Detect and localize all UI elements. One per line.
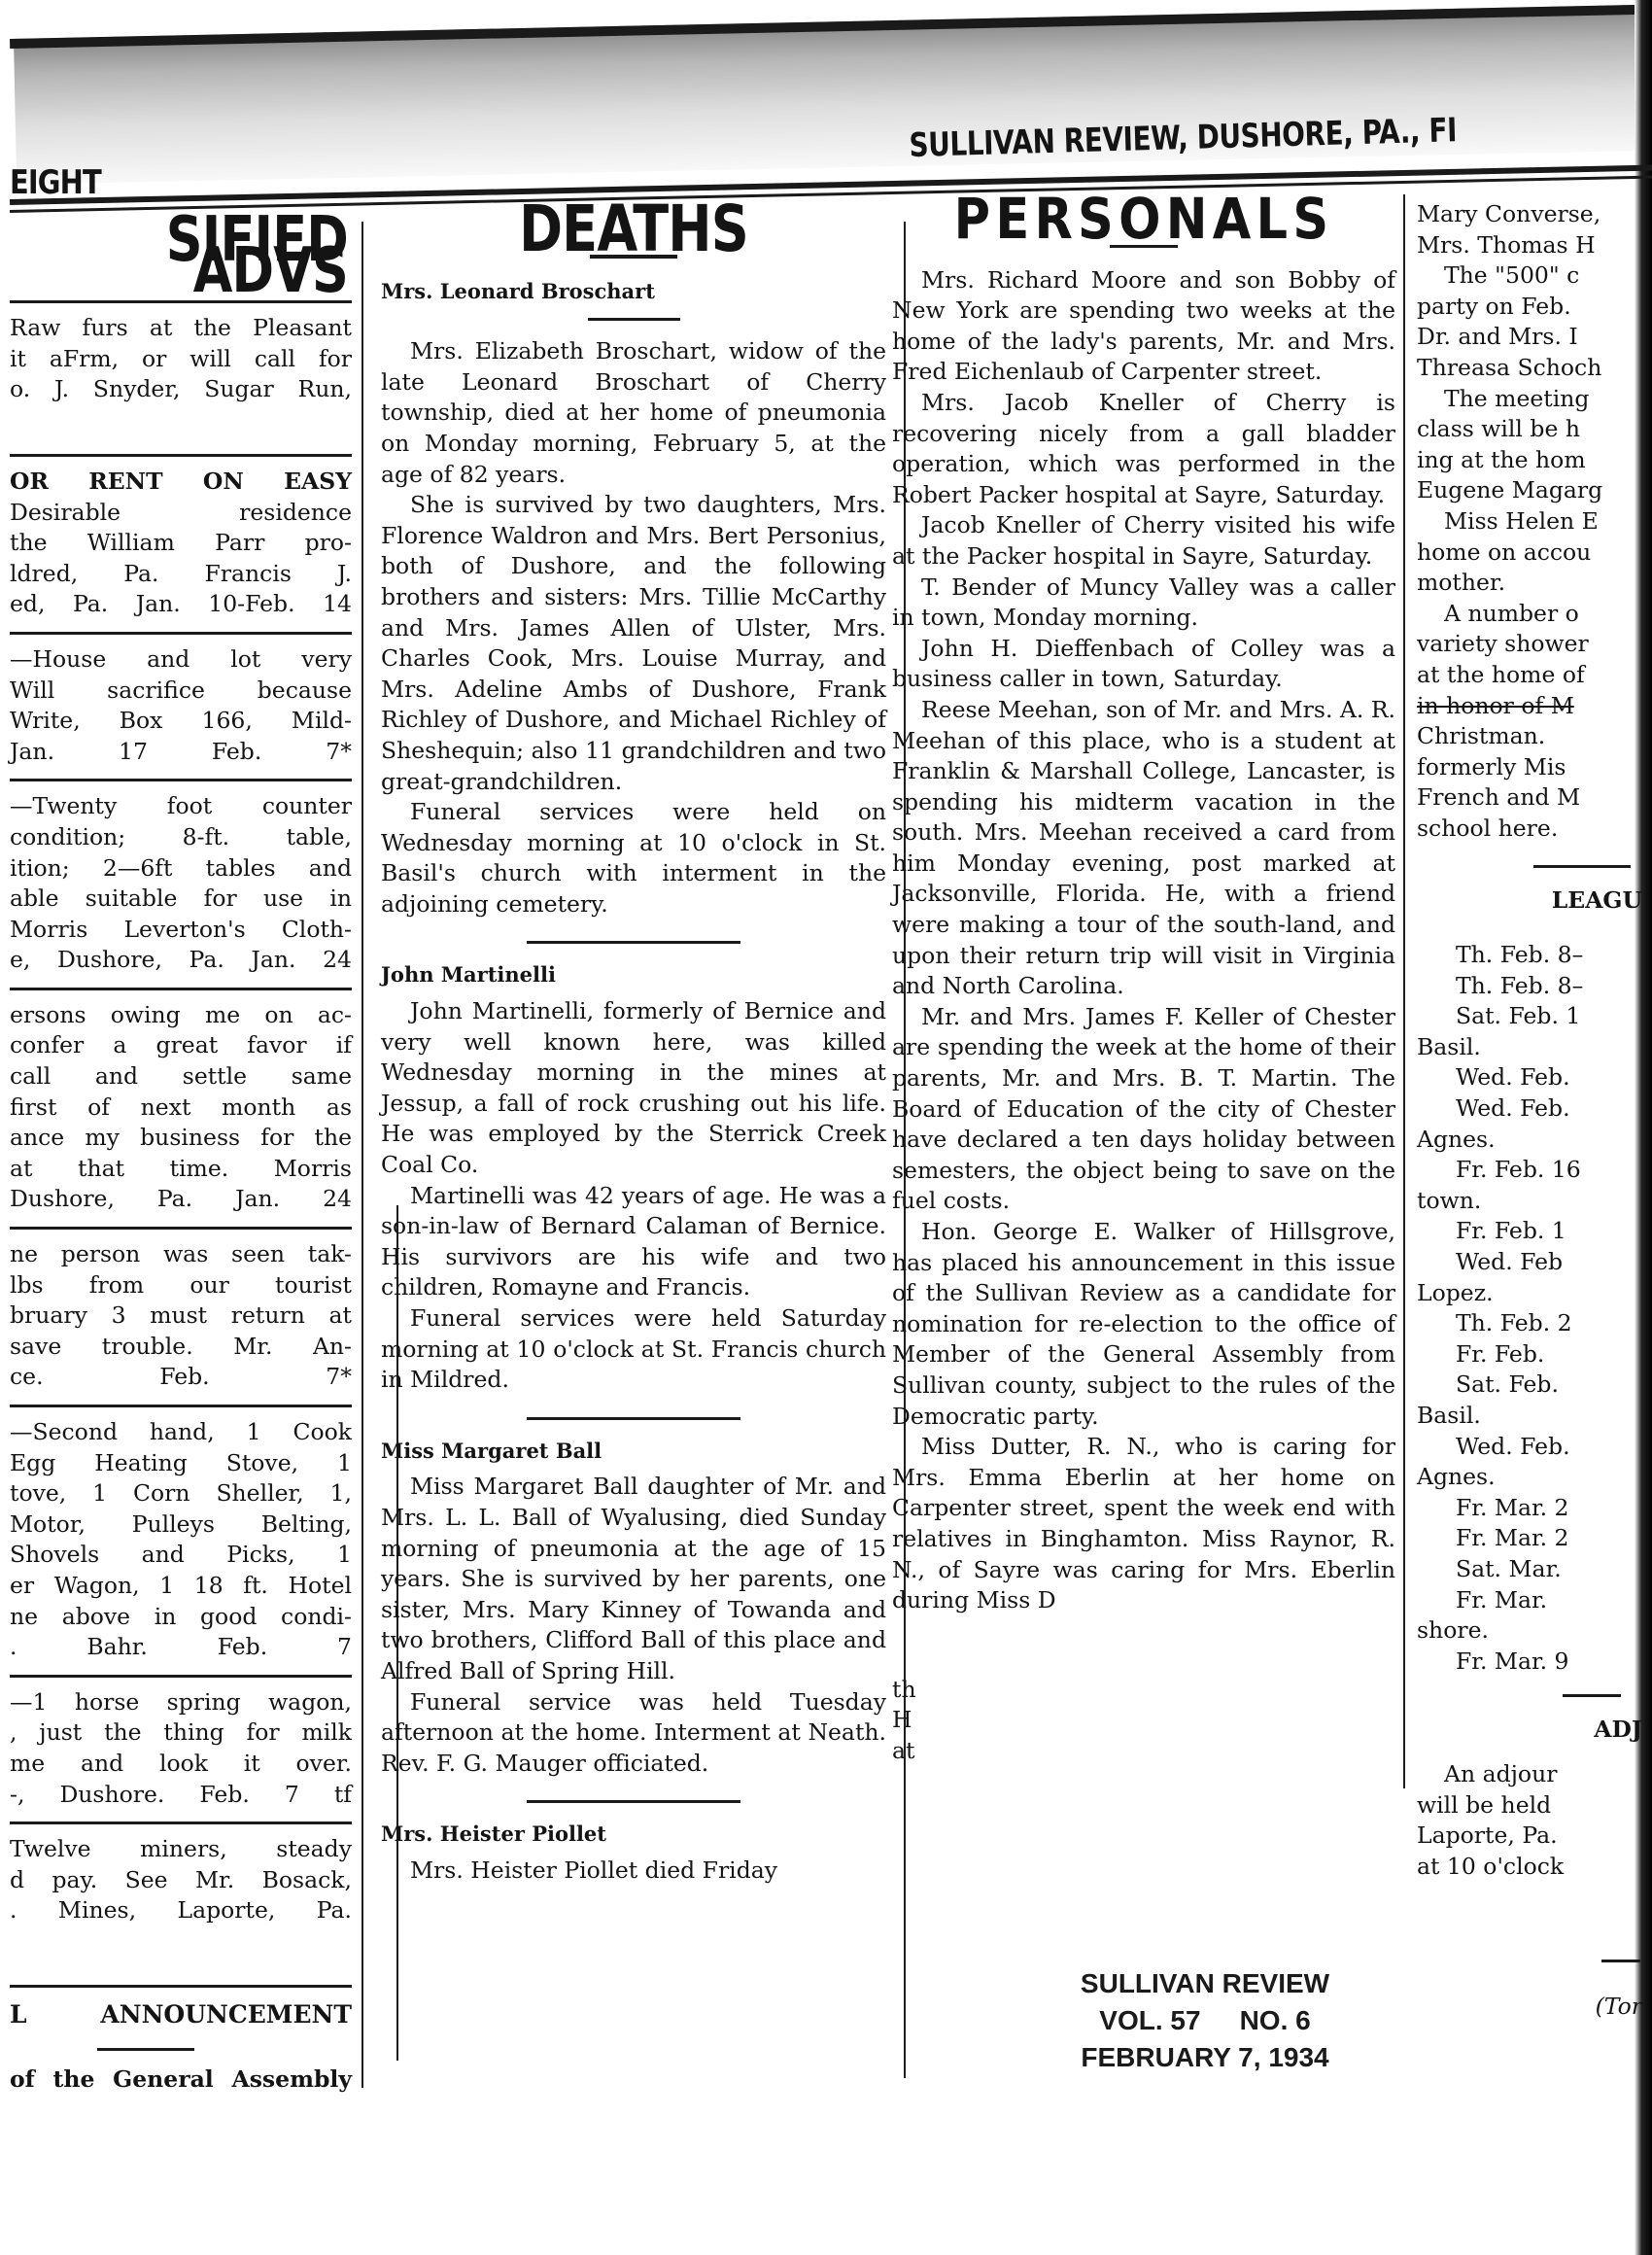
ad-divider [10,1405,352,1407]
league-line: Wed. Feb. [1417,1093,1652,1125]
personal-item: Jacob Kneller of Cherry visited his wife… [892,510,1395,572]
social-line: Christman. [1417,721,1652,752]
ad-line: Write, Box 166, Mild- [10,706,352,737]
ad-divider [10,632,352,635]
league-line: Fr. Feb. [1417,1339,1652,1370]
social-line: mother. [1417,568,1652,599]
column-divider [361,222,363,2088]
obituary-paragraph: Martinelli was 42 years of age. He was a… [381,1181,886,1303]
league-line: Wed. Feb [1417,1247,1652,1278]
league-line: Agnes. [1417,1462,1652,1493]
league-line: Wed. Feb. [1417,1432,1652,1463]
classified-ads-list: Raw furs at the Pleasantit aFrm, or will… [10,300,352,1926]
social-line: Eugene Magarg [1417,475,1652,506]
ad-line: call and settle same [10,1061,352,1093]
scan-shading [14,5,1652,185]
ad-line: save trouble. Mr. An- [10,1332,352,1363]
league-line: Wed. Feb. [1417,1062,1652,1093]
social-line: ing at the hom [1417,445,1652,476]
ad-line: Shovels and Picks, 1 [10,1540,352,1571]
ad-line: o. J. Snyder, Sugar Run, [10,374,352,405]
league-line: Th. Feb. 8– [1417,971,1652,1002]
caption-volume-row: VOL. 57NO. 6 [1050,2002,1360,2039]
social-line: party on Feb. [1417,292,1652,323]
ad-line: ed, Pa. Jan. 10-Feb. 14 [10,589,352,620]
overflow-fragment: th [892,1675,1395,1706]
announcement-rule [97,2048,194,2051]
obituary-heading: Mrs. Heister Piollet [381,1819,886,1850]
ad-line: ition; 2—6ft tables and [10,853,352,885]
ad-line: tove, 1 Corn Sheller, 1, [10,1478,352,1509]
obituary-paragraph: Funeral services were held Saturday morn… [381,1303,886,1396]
social-line: at the home of [1417,660,1652,691]
page-number: EIGHT [10,163,101,202]
social-line: class will be h [1417,414,1652,445]
ad-line: e, Dushore, Pa. Jan. 24 [10,945,352,976]
league-line: Fr. Mar. 2 [1417,1493,1652,1524]
classified-ad: OR RENT ON EASYDesirable residencethe Wi… [10,467,352,620]
social-line: A number o [1417,599,1652,630]
ad-divider [10,454,352,457]
ad-line: first of next month as [10,1093,352,1124]
league-line: Fr. Mar. 9 [1417,1647,1652,1678]
social-line: Mary Converse, [1417,199,1652,230]
ad-divider [10,1227,352,1230]
social-line: Threasa Schoch [1417,353,1652,384]
personal-item: Mrs. Jacob Kneller of Cherry is recoveri… [892,388,1395,510]
social-line: home on accou [1417,538,1652,569]
adj-line: at 10 o'clock [1417,1852,1652,1883]
obituary-paragraph: Miss Margaret Ball daughter of Mr. and M… [381,1472,886,1686]
social-line: variety shower [1417,629,1652,660]
obituary-divider [527,1800,740,1803]
ad-line: at that time. Morris [10,1154,352,1185]
personals-list: Mrs. Richard Moore and son Bobby of New … [892,265,1395,1616]
personal-item: Mrs. Richard Moore and son Bobby of New … [892,265,1395,388]
league-line: shore. [1417,1615,1652,1647]
obituary-divider [527,1417,740,1420]
classified-ad: ne person was seen tak-lbs from our tour… [10,1239,352,1393]
ad-line: ersons owing me on ac- [10,1000,352,1031]
obituary-paragraph: She is survived by two daughters, Mrs. F… [381,490,886,797]
ad-line: Egg Heating Stove, 1 [10,1448,352,1479]
ad-line: —House and lot very [10,644,352,676]
ad-line: OR RENT ON EASY [10,467,352,498]
ad-line: it aFrm, or will call for [10,344,352,375]
ad-line: ldred, Pa. Francis J. [10,559,352,590]
caption-volume: VOL. 57 [1099,2002,1200,2039]
obituary-subrule [588,318,680,321]
adj-line: will be held [1417,1790,1652,1821]
obituaries-list: Mrs. Leonard BroschartMrs. Elizabeth Bro… [381,276,886,1887]
social-line: in honor of M [1417,691,1652,722]
ad-line: Jan. 17 Feb. 7* [10,737,352,768]
ad-line: d pay. See Mr. Bosack, [10,1865,352,1896]
ad-line: Twelve miners, steady [10,1834,352,1865]
issue-caption: SULLIVAN REVIEW VOL. 57NO. 6 FEBRUARY 7,… [1050,1965,1360,2076]
league-line: Fr. Feb. 16 [1417,1155,1652,1186]
personal-item: John H. Dieffenbach of Colley was a busi… [892,634,1395,695]
section-title-deaths: DEATHS [427,214,841,245]
ad-line: able suitable for use in [10,884,352,915]
league-line: Basil. [1417,1032,1652,1063]
league-line: Th. Feb. 8– [1417,940,1652,971]
ad-line: Desirable residence [10,498,352,529]
obituary-divider [527,941,740,944]
ad-line: Will sacrifice because [10,676,352,707]
obituary-paragraph: Mrs. Heister Piollet died Friday [381,1856,886,1887]
classified-ad: —1 horse spring wagon,, just the thing f… [10,1687,352,1810]
obituary-paragraph: John Martinelli, formerly of Bernice and… [381,996,886,1181]
section-title-classified: SIFIED ADVS [71,225,348,287]
league-line: town. [1417,1186,1652,1217]
deaths-column: DEATHS Mrs. Leonard BroschartMrs. Elizab… [381,214,886,1887]
social-line: Dr. and Mrs. I [1417,322,1652,353]
league-line: Fr. Mar. 2 [1417,1523,1652,1554]
ad-line: ne above in good condi- [10,1602,352,1633]
ad-line: Motor, Pulleys Belting, [10,1509,352,1541]
league-line: Sat. Feb. [1417,1370,1652,1401]
league-schedule: Th. Feb. 8–Th. Feb. 8–Sat. Feb. 1Basil.W… [1417,940,1652,1677]
ad-divider [10,1675,352,1678]
ad-line: Raw furs at the Pleasant [10,313,352,344]
announcement-title: L ANNOUNCEMENT [10,1999,352,2030]
social-notes: Mary Converse,Mrs. Thomas HThe "500" cpa… [1417,199,1652,844]
ad-divider [10,1821,352,1824]
league-line: Basil. [1417,1401,1652,1432]
ad-line: ance my business for the [10,1123,352,1154]
personal-item: Mr. and Mrs. James F. Keller of Chester … [892,1002,1395,1217]
social-line: Miss Helen E [1417,506,1652,538]
classified-ad: Raw furs at the Pleasantit aFrm, or will… [10,313,352,405]
caption-date: FEBRUARY 7, 1934 [1050,2039,1360,2076]
caption-publication: SULLIVAN REVIEW [1050,1965,1360,2002]
social-line: formerly Mis [1417,752,1652,783]
ad-line: Dushore, Pa. Jan. 24 [10,1184,352,1215]
ad-line: the William Parr pro- [10,528,352,559]
obituary-paragraph: Mrs. Elizabeth Broschart, widow of the l… [381,336,886,490]
classified-ad: ersons owing me on ac-confer a great fav… [10,1000,352,1215]
league-line: Agnes. [1417,1125,1652,1156]
ad-line: ce. Feb. 7* [10,1362,352,1393]
caption-number: NO. 6 [1240,2002,1311,2039]
overflow-fragment: H [892,1705,1395,1736]
personal-item: T. Bender of Muncy Valley was a caller i… [892,572,1395,634]
league-rule [1533,865,1631,868]
adj-title: ADJ [1417,1715,1652,1746]
obituary-paragraph: Funeral services were held on Wednesday … [381,797,886,919]
ad-line: ne person was seen tak- [10,1239,352,1270]
column-divider [1403,194,1405,1788]
section-title-personals: PERSONALS [922,204,1365,235]
classified-ad: —Second hand, 1 CookEgg Heating Stove, 1… [10,1417,352,1663]
obituary-paragraph: Funeral service was held Tuesday afterno… [381,1687,886,1780]
obituary-heading: John Martinelli [381,959,886,990]
adjournment-notice: An adjourwill be heldLaporte, Pa.at 10 o… [1417,1759,1652,1882]
classified-ad: Twelve miners, steadyd pay. See Mr. Bosa… [10,1834,352,1926]
personal-item: Hon. George E. Walker of Hillsgrove, has… [892,1217,1395,1432]
personals-overflow: thHat [892,1675,1395,1767]
personals-column: PERSONALS Mrs. Richard Moore and son Bob… [892,204,1395,1767]
ad-divider [10,1985,352,1988]
overflow-fragment: at [892,1736,1395,1767]
ad-line: . Bahr. Feb. 7 [10,1632,352,1663]
social-line: Mrs. Thomas H [1417,230,1652,261]
classified-column: SIFIED ADVS Raw furs at the Pleasantit a… [10,225,352,2095]
league-line: Fr. Mar. [1417,1585,1652,1616]
adj-line: Laporte, Pa. [1417,1821,1652,1852]
adj-rule [1563,1694,1621,1697]
ad-line: -, Dushore. Feb. 7 tf [10,1780,352,1811]
ad-line: , just the thing for milk [10,1717,352,1749]
league-line: Th. Feb. 2 [1417,1308,1652,1339]
ad-line: me and look it over. [10,1749,352,1780]
obituary-heading: Mrs. Leonard Broschart [381,276,886,307]
ad-line: er Wagon, 1 18 ft. Hotel [10,1571,352,1602]
league-line: Sat. Mar. [1417,1554,1652,1585]
adj-line: An adjour [1417,1759,1652,1790]
newspaper-page: EIGHT SULLIVAN REVIEW, DUSHORE, PA., FI … [0,0,1652,2255]
social-line: school here. [1417,814,1652,845]
social-line: The meeting [1417,384,1652,415]
personal-item: Reese Meehan, son of Mr. and Mrs. A. R. … [892,695,1395,1002]
classified-ad: —Twenty foot countercondition; 8-ft. tab… [10,791,352,976]
ad-divider [10,988,352,990]
social-line: French and M [1417,782,1652,814]
obituary-heading: Miss Margaret Ball [381,1436,886,1467]
league-line: Lopez. [1417,1278,1652,1309]
ad-divider [10,779,352,781]
ad-line: lbs from our tourist [10,1270,352,1301]
personal-item: Miss Dutter, R. N., who is caring for Mr… [892,1432,1395,1616]
ad-line: —Second hand, 1 Cook [10,1417,352,1448]
ad-line: confer a great favor if [10,1030,352,1061]
league-title: LEAGU [1417,885,1652,917]
bottom-rule [1601,1960,1640,1962]
social-line: The "500" c [1417,260,1652,292]
ad-line: —1 horse spring wagon, [10,1687,352,1718]
ad-line: . Mines, Laporte, Pa. [10,1895,352,1926]
ad-line: —Twenty foot counter [10,791,352,822]
ad-line: Morris Leverton's Cloth- [10,915,352,946]
bottom-fragment: (Tor [1417,1992,1652,2023]
ad-line: bruary 3 must return at [10,1301,352,1332]
announcement-text: of the General Assembly [10,2064,352,2096]
classified-ad: —House and lot veryWill sacrifice becaus… [10,644,352,767]
right-column: Mary Converse,Mrs. Thomas HThe "500" cpa… [1417,199,1652,2023]
league-line: Fr. Feb. 1 [1417,1216,1652,1247]
league-line: Sat. Feb. 1 [1417,1001,1652,1032]
ad-line: condition; 8-ft. table, [10,822,352,853]
